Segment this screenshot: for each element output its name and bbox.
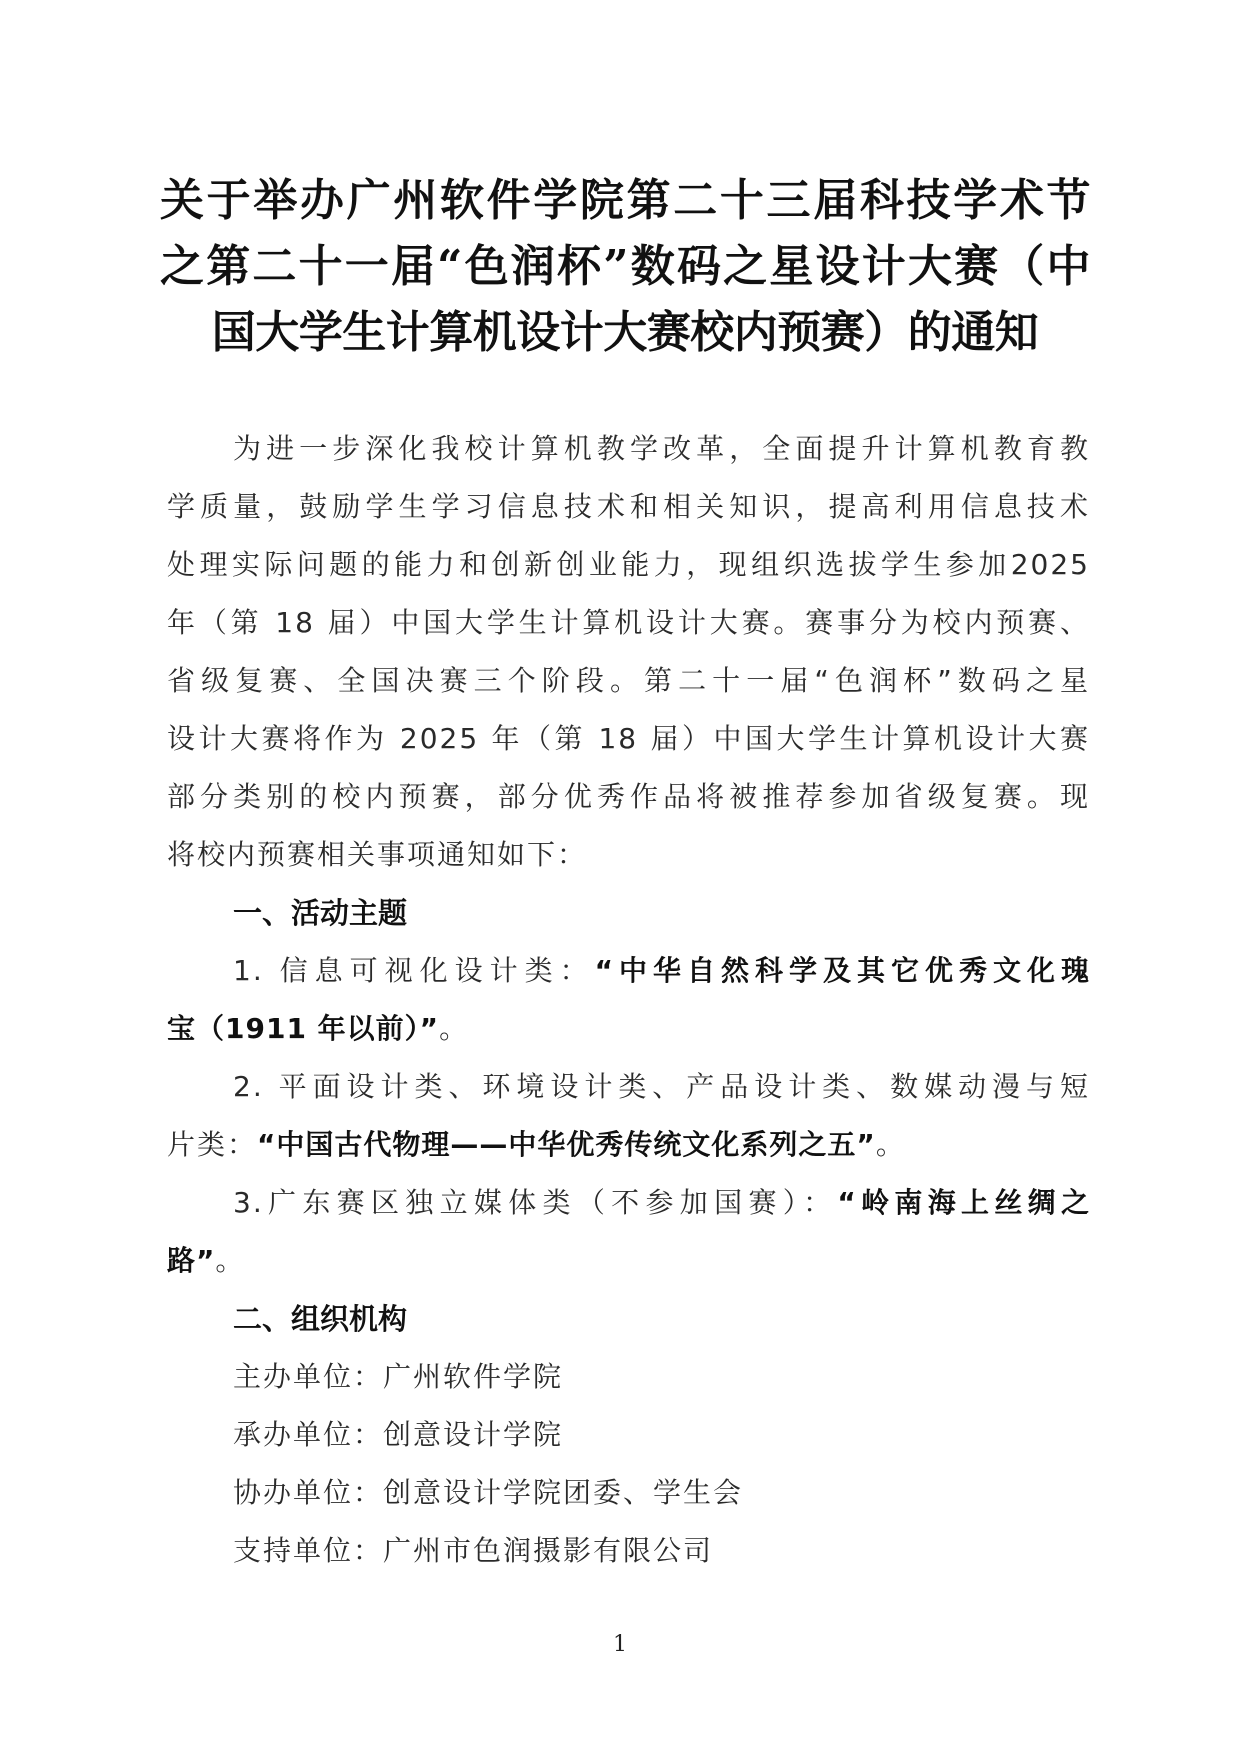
org-label: 协办单位：	[233, 1476, 383, 1509]
intro-line: 部分类别的校内预赛，部分优秀作品将被推荐参加省级复赛。现	[167, 768, 1090, 826]
theme-item-tail: 。	[876, 1128, 906, 1161]
org-value: 广州市色润摄影有限公司	[383, 1534, 713, 1567]
org-value: 创意设计学院团委、学生会	[383, 1476, 743, 1509]
org-label: 主办单位：	[233, 1360, 383, 1393]
theme-item-1-line1: 1. 信息可视化设计类：“中华自然科学及其它优秀文化瑰	[167, 942, 1090, 1000]
org-row-host: 主办单位：广州软件学院	[167, 1348, 1090, 1406]
theme-item-2-line1: 2. 平面设计类、环境设计类、产品设计类、数媒动漫与短	[167, 1058, 1090, 1116]
intro-line: 省级复赛、全国决赛三个阶段。第二十一届“色润杯”数码之星	[167, 652, 1090, 710]
intro-line: 年（第 18 届）中国大学生计算机设计大赛。赛事分为校内预赛、	[167, 594, 1090, 652]
theme-item-title: “岭南海上丝绸之	[837, 1186, 1090, 1219]
document-body: 为进一步深化我校计算机教学改革，全面提升计算机教育教 学质量，鼓励学生学习信息技…	[167, 420, 1090, 1580]
intro-line: 为进一步深化我校计算机教学改革，全面提升计算机教育教	[167, 420, 1090, 478]
org-value: 广州软件学院	[383, 1360, 563, 1393]
intro-line: 处理实际问题的能力和创新创业能力，现组织选拔学生参加2025	[167, 536, 1090, 594]
theme-item-label: 1. 信息可视化设计类：	[233, 954, 595, 987]
intro-line: 将校内预赛相关事项通知如下：	[167, 826, 1090, 884]
org-label: 承办单位：	[233, 1418, 383, 1451]
theme-item-tail: 。	[439, 1012, 469, 1045]
document-page: 关于举办广州软件学院第二十三届科技学术节 之第二十一届“色润杯”数码之星设计大赛…	[0, 0, 1240, 1754]
theme-item-1-line2: 宝（1911 年以前）”。	[167, 1000, 1090, 1058]
section-heading-organization: 二、组织机构	[167, 1290, 1090, 1348]
theme-item-3-line1: 3.广东赛区独立媒体类（不参加国赛）：“岭南海上丝绸之	[167, 1174, 1090, 1232]
theme-item-tail: 。	[215, 1244, 245, 1277]
intro-line: 设计大赛将作为 2025 年（第 18 届）中国大学生计算机设计大赛	[167, 710, 1090, 768]
title-line: 国大学生计算机设计大赛校内预赛）的通知	[160, 300, 1090, 366]
theme-item-2-line2: 片类：“中国古代物理——中华优秀传统文化系列之五”。	[167, 1116, 1090, 1174]
theme-item-title: “中国古代物理——中华优秀传统文化系列之五”	[257, 1128, 876, 1161]
theme-item-label: 3.广东赛区独立媒体类（不参加国赛）：	[233, 1186, 837, 1219]
org-row-organizer: 承办单位：创意设计学院	[167, 1406, 1090, 1464]
org-value: 创意设计学院	[383, 1418, 563, 1451]
org-label: 支持单位：	[233, 1534, 383, 1567]
title-line: 之第二十一届“色润杯”数码之星设计大赛（中	[160, 234, 1090, 300]
page-number: 1	[0, 1632, 1240, 1657]
theme-item-title: “中华自然科学及其它优秀文化瑰	[595, 954, 1090, 987]
theme-item-label: 片类：	[167, 1128, 257, 1161]
intro-line: 学质量，鼓励学生学习信息技术和相关知识，提高利用信息技术	[167, 478, 1090, 536]
theme-item-title: 宝（1911 年以前）”	[167, 1012, 439, 1045]
title-line: 关于举办广州软件学院第二十三届科技学术节	[160, 168, 1090, 234]
org-row-co-organizer: 协办单位：创意设计学院团委、学生会	[167, 1464, 1090, 1522]
theme-item-3-line2: 路”。	[167, 1232, 1090, 1290]
theme-item-title: 路”	[167, 1244, 215, 1277]
document-title: 关于举办广州软件学院第二十三届科技学术节 之第二十一届“色润杯”数码之星设计大赛…	[160, 168, 1090, 366]
section-heading-themes: 一、活动主题	[167, 884, 1090, 942]
org-row-supporter: 支持单位：广州市色润摄影有限公司	[167, 1522, 1090, 1580]
